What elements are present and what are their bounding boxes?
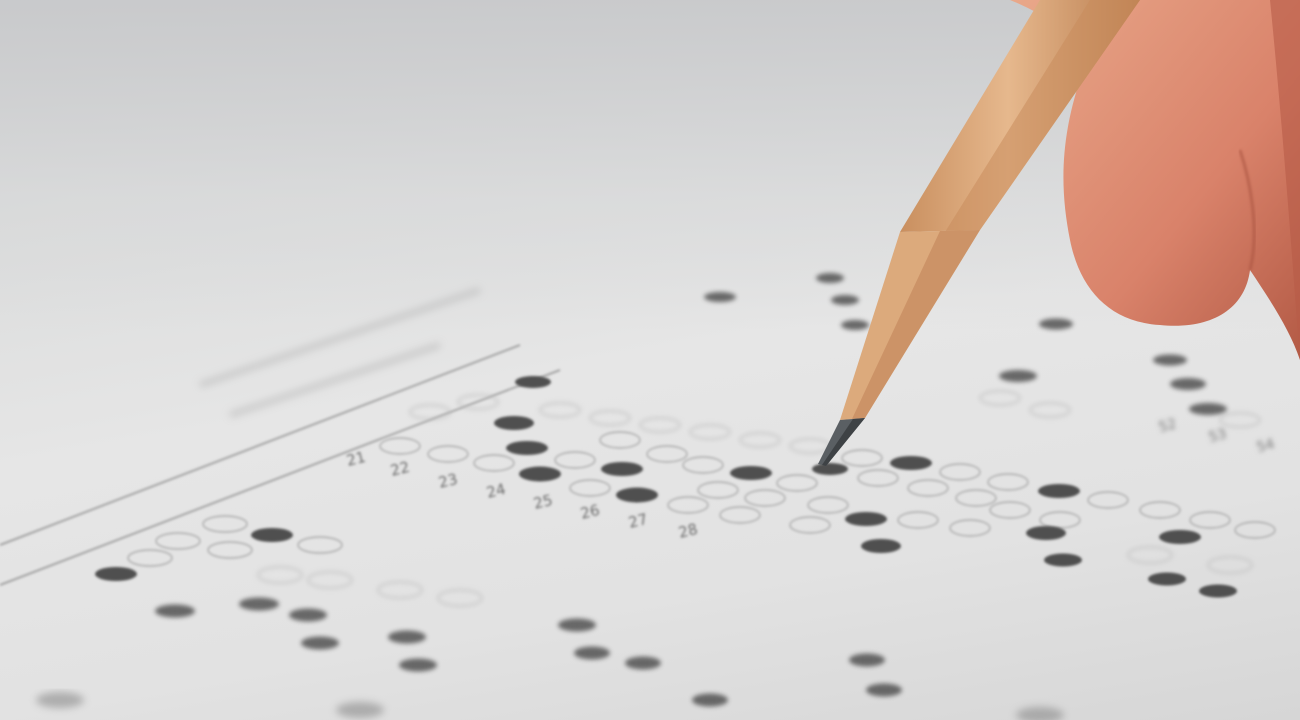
svg-text:28: 28 bbox=[677, 520, 700, 542]
svg-text:25: 25 bbox=[532, 491, 555, 513]
sheet-lines bbox=[0, 345, 560, 585]
svg-text:26: 26 bbox=[579, 501, 602, 523]
svg-text:24: 24 bbox=[485, 480, 508, 502]
svg-text:52: 52 bbox=[1157, 416, 1178, 436]
svg-text:21: 21 bbox=[345, 448, 368, 470]
svg-text:54: 54 bbox=[1255, 436, 1276, 456]
photo-scene: 21 22 23 24 25 26 27 28 52 53 54 bbox=[0, 0, 1300, 720]
filled-bubbles bbox=[95, 376, 1237, 598]
svg-text:23: 23 bbox=[437, 470, 460, 492]
svg-text:27: 27 bbox=[627, 510, 650, 532]
svg-text:22: 22 bbox=[389, 458, 412, 480]
answer-sheet-illustration: 21 22 23 24 25 26 27 28 52 53 54 bbox=[0, 0, 1300, 720]
svg-text:53: 53 bbox=[1207, 426, 1228, 446]
empty-bubbles bbox=[128, 432, 1275, 566]
